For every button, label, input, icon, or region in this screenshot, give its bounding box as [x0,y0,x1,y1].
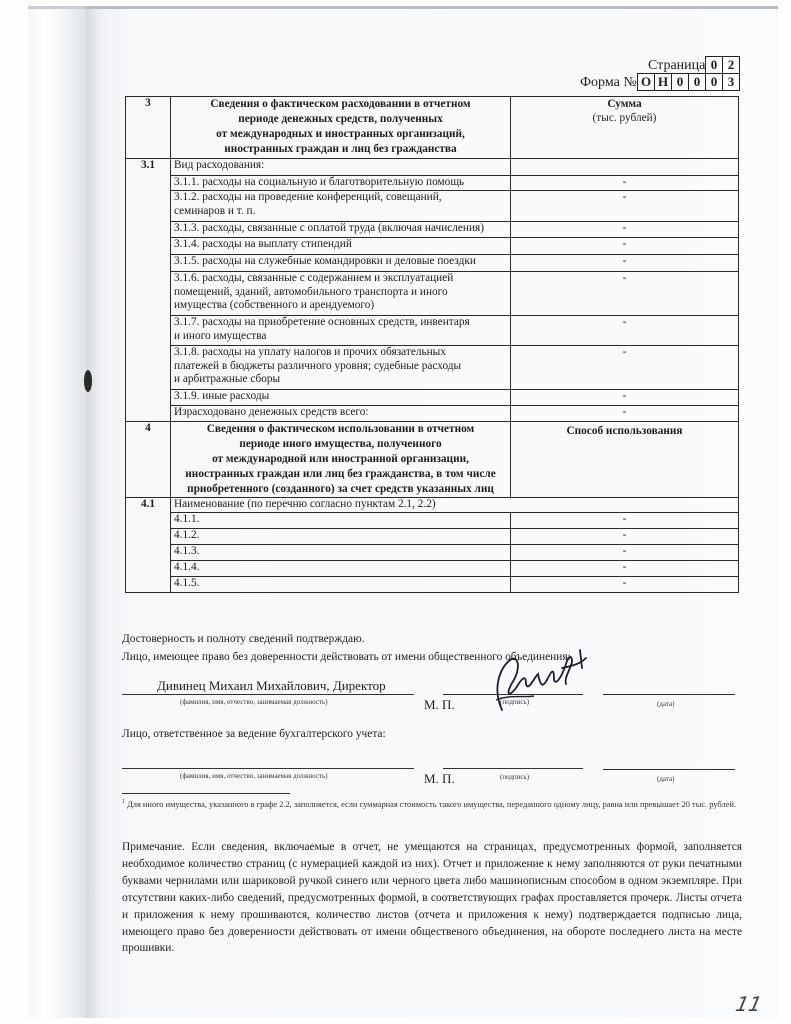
row-value: - [511,390,739,406]
title-line: иностранных граждан или лиц без гражданс… [174,467,507,482]
name-caption: (фамилия, имя, отчество, занимаемая долж… [180,772,328,780]
stamp-label: М. П. [424,697,455,713]
table-row: 3.1.7. расходы на приобретение основных … [126,316,739,346]
row-value: - [511,577,739,593]
table-row: 3.1.1. расходы на социальную и благотвор… [126,176,739,191]
table-row: 3.1.2. расходы на проведение конференций… [126,191,739,222]
table-row: 4.1.1. - [126,513,739,529]
name-caption: (фамилия, имя, отчество, занимаемая долж… [180,698,328,706]
footnote-marker: 1 [122,799,125,805]
label-line: платежей в бюджеты различного уровня; су… [174,360,507,374]
sum-header-label: Сумма [514,97,735,111]
title-line: приобретенного (созданного) за счет сред… [174,482,507,497]
row-value: - [511,513,739,529]
label-line: помещений, зданий, автомобильного трансп… [174,286,507,300]
row-value: - [511,191,739,222]
confirmation-statement: Достоверность и полноту сведений подтвер… [122,633,364,645]
form-code-char: 3 [722,73,740,91]
label-line: 3.1.7. расходы на приобретение основных … [174,316,507,330]
row-label: 3.1.7. расходы на приобретение основных … [171,316,511,346]
signer-name-underline [122,694,414,695]
binding-hole [84,370,92,392]
accountant-signature-field[interactable] [443,768,583,769]
row-value: - [511,529,739,545]
accountant-name-field[interactable] [122,768,414,769]
note-paragraph: Примечание. Если сведения, включаемые в … [122,839,742,957]
table-row: 3.1.9. иные расходы - [126,390,739,406]
scan-background [0,0,30,1024]
row-value: - [511,346,739,390]
page-digit: 0 [705,56,723,74]
section-number: 3 [126,97,171,159]
table-row: 4.1.4. - [126,561,739,577]
section-4-1-header: 4.1 Наименование (по перечню согласно пу… [126,498,739,513]
form-code-char: Н [654,73,672,91]
row-label: 3.1.2. расходы на проведение конференций… [171,191,511,222]
table-row: 4.1.3. - [126,545,739,561]
sum-unit-label: (тыс. рублей) [514,111,735,125]
label-line: и иного имущества [174,330,507,344]
accountant-date-field[interactable] [603,769,735,770]
section-number: 4 [126,422,171,498]
row-label: 3.1.9. иные расходы [171,390,511,406]
label-line: 3.1.8. расходы на уплату налогов и прочи… [174,346,507,360]
row-label: 3.1.8. расходы на уплату налогов и прочи… [171,346,511,390]
form-label: Форма № [580,75,637,91]
label-line: 3.1.2. расходы на проведение конференций… [174,191,507,205]
signature-icon [482,638,592,718]
table-row: 3.1.5. расходы на служебные командировки… [126,255,739,272]
table-row: 3.1.4. расходы на выплату стипендий - [126,238,739,255]
row-value: - [511,222,739,238]
table-row: 3.1.6. расходы, связанные с содержанием … [126,272,739,316]
row-value: - [511,561,739,577]
signer-name-field[interactable]: Дивинец Михаил Михайлович, Директор [157,678,386,694]
total-value: - [511,406,739,422]
title-line: от международной или иностранной организ… [174,452,507,467]
row-label: 4.1.1. [171,513,511,529]
row-label: 3.1.5. расходы на служебные командировки… [171,255,511,272]
row-value: - [511,272,739,316]
row-label: 4.1.5. [171,577,511,593]
section-4-header: 4 Сведения о фактическом использовании в… [126,422,739,498]
title-line: периоде иного имущества, полученного [174,437,507,452]
row-label: 4.1.3. [171,545,511,561]
subsection-number: 3.1 [126,159,171,422]
form-code-char: 0 [671,73,689,91]
section-3-title: Сведения о фактическом расходовании в от… [171,97,511,159]
label-line: семинаров и т. п. [174,205,507,219]
subsection-value [511,159,739,176]
signature-caption: (подпись) [500,773,529,781]
row-value: - [511,316,739,346]
title-line: периоде денежных средств, полученных [174,112,507,127]
date-caption: (дата) [657,700,674,708]
row-label: 3.1.3. расходы, связанные с оплатой труд… [171,222,511,238]
total-row: Израсходовано денежных средств всего: - [126,406,739,422]
table-row: 3.1.3. расходы, связанные с оплатой труд… [126,222,739,238]
section-4-title: Сведения о фактическом использовании в о… [171,422,511,498]
row-label: 3.1.6. расходы, связанные с содержанием … [171,272,511,316]
report-table: 3 Сведения о фактическом расходовании в … [125,96,739,593]
row-value: - [511,545,739,561]
section-3-1-header: 3.1 Вид расходования: [126,159,739,176]
form-code-char: О [637,73,655,91]
subsection-label: Наименование (по перечню согласно пункта… [171,498,739,513]
subsection-label: Вид расходования: [171,159,511,176]
form-code-char: 0 [688,73,706,91]
form-code-char: 0 [705,73,723,91]
subsection-number: 4.1 [126,498,171,593]
total-label: Израсходовано денежных средств всего: [171,406,511,422]
row-value: - [511,255,739,272]
usage-column-header: Способ использования [511,422,739,498]
binding-flap [28,6,86,1021]
table-row: 4.1.5. - [126,577,739,593]
date-underline [603,694,735,695]
label-line: имущества (собственного и арендуемого) [174,299,507,313]
handwritten-page-number: 11 [733,992,764,1016]
footnote: 1 Для иного имущества, указанного в граф… [122,796,742,811]
stamp-label: М. П. [424,771,455,787]
row-label: 3.1.1. расходы на социальную и благотвор… [171,176,511,191]
row-value: - [511,176,739,191]
row-label: 3.1.4. расходы на выплату стипендий [171,238,511,255]
label-line: и арбитражные сборы [174,373,507,387]
scan-bottom-edge [0,1018,791,1024]
footnote-text: Для иного имущества, указанного в графе … [127,800,736,809]
accountant-label: Лицо, ответственное за ведение бухгалтер… [122,728,386,740]
table-row: 3.1.8. расходы на уплату налогов и прочи… [126,346,739,390]
title-line: иностранных граждан и лиц без гражданств… [174,142,507,157]
title-line: Сведения о фактическом расходовании в от… [174,97,507,112]
page-label: Страница [648,58,705,74]
page-digit: 2 [722,56,740,74]
date-caption: (дата) [657,775,674,783]
sum-column-header: Сумма (тыс. рублей) [511,97,739,159]
row-value: - [511,238,739,255]
row-label: 4.1.2. [171,529,511,545]
section-3-header: 3 Сведения о фактическом расходовании в … [126,97,739,159]
title-line: Сведения о фактическом использовании в о… [174,422,507,437]
table-row: 4.1.2. - [126,529,739,545]
label-line: 3.1.6. расходы, связанные с содержанием … [174,272,507,286]
row-label: 4.1.4. [171,561,511,577]
footnote-separator [122,793,290,794]
title-line: от международных и иностранных организац… [174,127,507,142]
